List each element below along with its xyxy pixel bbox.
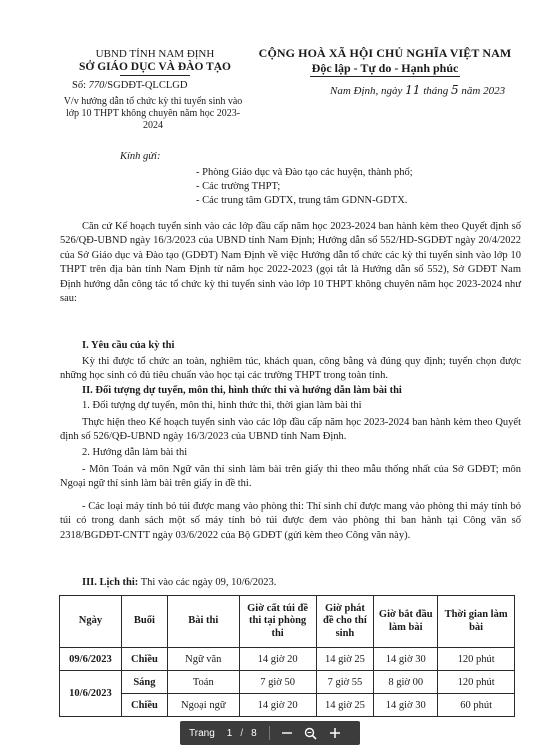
section-2-subheading-2: 2. Hướng dẫn làm bài thi (82, 447, 187, 458)
recipient-item: - Các trường THPT; (196, 181, 280, 192)
section-3-line: III. Lịch thi: Thi vào các ngày 09, 10/6… (82, 577, 276, 588)
national-header-block: CỘNG HOÀ XÃ HỘI CHỦ NGHĨA VIỆT NAM Độc l… (250, 46, 520, 77)
table-header-row: Ngày Buổi Bài thi Giờ cất túi đề thi tại… (60, 596, 515, 648)
cell-subject: Ngoại ngữ (167, 694, 239, 717)
document-subject: V/v hướng dẫn tổ chức kỳ thi tuyển sinh … (60, 96, 246, 131)
greeting: Kính gửi: (120, 151, 160, 162)
plus-icon (329, 727, 341, 739)
total-pages: 8 (251, 728, 257, 739)
table-row: 09/6/2023 Chiều Ngữ văn 14 giờ 20 14 giờ… (60, 648, 515, 671)
section-1-heading: I. Yêu cầu của kỳ thi (82, 340, 174, 351)
col-header-duration: Thời gian làm bài (438, 596, 515, 648)
magnifier-icon (304, 727, 317, 740)
exam-schedule-table: Ngày Buổi Bài thi Giờ cất túi đề thi tại… (59, 595, 515, 717)
section-2-sub2-paragraph-1: - Môn Toán và môn Ngữ văn thí sinh làm b… (60, 463, 521, 492)
document-number-value: 770 (89, 80, 105, 91)
zoom-fit-button[interactable] (304, 726, 318, 740)
cell-duration: 60 phút (438, 694, 515, 717)
cell-date: 09/6/2023 (60, 648, 122, 671)
col-header-date: Ngày (60, 596, 122, 648)
page-separator: / (240, 728, 243, 739)
cell-start-time: 14 giờ 30 (374, 648, 438, 671)
col-header-store-time: Giờ cất túi đề thi tại phòng thi (239, 596, 316, 648)
cell-date: 10/6/2023 (60, 671, 122, 717)
col-header-session: Buổi (121, 596, 167, 648)
date-day: 11 (405, 83, 420, 97)
cell-start-time: 14 giờ 30 (374, 694, 438, 717)
issue-date: Nam Định, ngày 11 tháng 5 năm 2023 (330, 83, 505, 97)
section-2-sub2-paragraph-2: - Các loại máy tính bỏ túi được mang vào… (60, 500, 521, 543)
section-3-text: Thi vào các ngày 09, 10/6/2023. (138, 577, 276, 588)
pdf-viewer-toolbar: Trang 1 / 8 (180, 721, 360, 745)
date-month: 5 (451, 83, 459, 97)
national-motto: Độc lập - Tự do - Hạnh phúc (250, 61, 520, 76)
col-header-subject: Bài thi (167, 596, 239, 648)
table-row: Chiều Ngoại ngữ 14 giờ 20 14 giờ 25 14 g… (60, 694, 515, 717)
page-label: Trang (189, 728, 215, 739)
agency-parent: UBND TỈNH NAM ĐỊNH (60, 48, 250, 61)
cell-session: Sáng (121, 671, 167, 694)
cell-start-time: 8 giờ 00 (374, 671, 438, 694)
section-2-sub1-text: Thực hiện theo Kế hoạch tuyển sinh vào c… (60, 416, 521, 445)
toolbar-divider (269, 726, 270, 740)
document-number: Số: 770/SGDĐT-QLCLGD (72, 80, 187, 91)
agency-underline (120, 75, 190, 76)
current-page-input[interactable]: 1 (227, 728, 233, 739)
agency-name: SỞ GIÁO DỤC VÀ ĐÀO TẠO (60, 61, 250, 74)
document-page: UBND TỈNH NAM ĐỊNH SỞ GIÁO DỤC VÀ ĐÀO TẠ… (0, 0, 536, 754)
minus-icon (281, 727, 293, 739)
col-header-handout-time: Giờ phát đề cho thí sinh (316, 596, 374, 648)
cell-session: Chiều (121, 694, 167, 717)
cell-session: Chiều (121, 648, 167, 671)
cell-subject: Ngữ văn (167, 648, 239, 671)
cell-subject: Toán (167, 671, 239, 694)
recipient-item: - Các trung tâm GDTX, trung tâm GDNN-GDT… (196, 195, 407, 206)
issuing-agency-block: UBND TỈNH NAM ĐỊNH SỞ GIÁO DỤC VÀ ĐÀO TẠ… (60, 48, 250, 76)
recipient-item: - Phòng Giáo dục và Đào tạo các huyện, t… (196, 167, 413, 178)
intro-paragraph: Căn cứ Kế hoạch tuyển sinh vào các lớp đ… (60, 220, 521, 306)
zoom-out-button[interactable] (280, 726, 294, 740)
cell-store-time: 7 giờ 50 (239, 671, 316, 694)
motto-underline (310, 76, 460, 77)
section-1-text: Kỳ thi được tổ chức an toàn, nghiêm túc,… (60, 355, 521, 384)
cell-handout-time: 7 giờ 55 (316, 671, 374, 694)
cell-handout-time: 14 giờ 25 (316, 694, 374, 717)
cell-store-time: 14 giờ 20 (239, 694, 316, 717)
cell-duration: 120 phút (438, 648, 515, 671)
section-3-heading: III. Lịch thi: (82, 577, 138, 588)
cell-store-time: 14 giờ 20 (239, 648, 316, 671)
section-2-heading: II. Đối tượng dự tuyển, môn thi, hình th… (82, 385, 402, 396)
col-header-start-time: Giờ bắt đầu làm bài (374, 596, 438, 648)
section-2-subheading-1: 1. Đối tượng dự tuyển, môn thi, hình thứ… (82, 400, 362, 411)
nation-title: CỘNG HOÀ XÃ HỘI CHỦ NGHĨA VIỆT NAM (250, 46, 520, 61)
cell-handout-time: 14 giờ 25 (316, 648, 374, 671)
cell-duration: 120 phút (438, 671, 515, 694)
table-row: 10/6/2023 Sáng Toán 7 giờ 50 7 giờ 55 8 … (60, 671, 515, 694)
zoom-in-button[interactable] (328, 726, 342, 740)
